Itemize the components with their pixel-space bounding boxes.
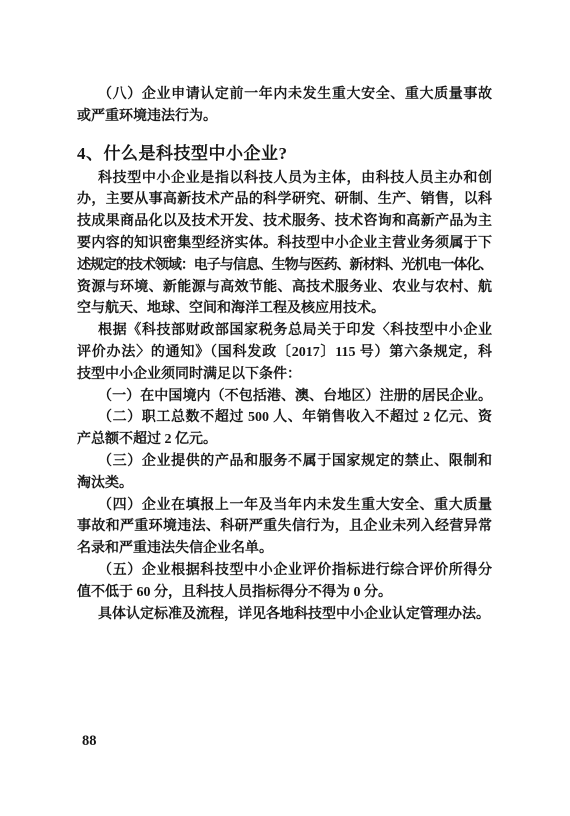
text-line: 科技型中小企业是指以科技人员为主体，由科技人员主办和创 [77,168,492,190]
text-line: （一）在中国境内（不包括港、澳、台地区）注册的居民企业。 [77,386,492,408]
text-line: （五）企业根据科技型中小企业评价指标进行综合评价所得分 [77,560,492,582]
text-line: 空与航天、地球、空间和海洋工程及核应用技术。 [77,298,492,320]
para-condition-4: （四）企业在填报上一年及当年内未发生重大安全、重大质量事故和严重环境违法、科研严… [77,495,492,560]
page-number: 88 [82,733,97,749]
para-definition: 科技型中小企业是指以科技人员为主体，由科技人员主办和创办，主要从事高新技术产品的… [77,168,492,321]
para-condition-3: （三）企业提供的产品和服务不属于国家规定的禁止、限制和淘汰类。 [77,451,492,495]
text-line: 名录和严重违法失信企业名单。 [77,538,492,560]
para-item-8-continuation: （八）企业申请认定前一年内未发生重大安全、重大质量事故或严重环境违法行为。 [77,84,492,128]
text-line: 要内容的知识密集型经济实体。科技型中小企业主营业务须属于下 [77,233,492,255]
text-line: 技成果商品化以及技术开发、技术服务、技术咨询和高新产品为主 [77,211,492,233]
text-line: 述规定的技术领域：电子与信息、生物与医药、新材料、光机电一体化、 [77,255,492,277]
para-closing-note: 具体认定标准及流程，详见各地科技型中小企业认定管理办法。 [77,604,492,626]
text-line: 资源与环境、新能源与高效节能、高技术服务业、农业与农村、航 [77,277,492,299]
text-line: 淘汰类。 [77,473,492,495]
text-line: 根据《科技部财政部国家税务总局关于印发〈科技型中小企业 [77,320,492,342]
text-line: 产总额不超过 2 亿元。 [77,429,492,451]
document-page: （八）企业申请认定前一年内未发生重大安全、重大质量事故或严重环境违法行为。4、什… [0,0,570,816]
text-line: 办，主要从事高新技术产品的科学研究、研制、生产、销售，以科 [77,189,492,211]
text-line: 评价办法〉的通知》（国科发政〔2017〕115 号）第六条规定，科 [77,342,492,364]
section-heading-4: 4、什么是科技型中小企业? [77,140,492,168]
text-line: 或严重环境违法行为。 [77,106,492,128]
text-line: （八）企业申请认定前一年内未发生重大安全、重大质量事故 [77,84,492,106]
text-line: （二）职工总数不超过 500 人、年销售收入不超过 2 亿元、资 [77,407,492,429]
para-condition-1: （一）在中国境内（不包括港、澳、台地区）注册的居民企业。 [77,386,492,408]
para-condition-5: （五）企业根据科技型中小企业评价指标进行综合评价所得分值不低于 60 分，且科技… [77,560,492,604]
text-line: 事故和严重环境违法、科研严重失信行为，且企业未列入经营异常 [77,516,492,538]
text-line: （四）企业在填报上一年及当年内未发生重大安全、重大质量 [77,495,492,517]
para-policy-basis: 根据《科技部财政部国家税务总局关于印发〈科技型中小企业评价办法〉的通知》（国科发… [77,320,492,385]
text-line: （三）企业提供的产品和服务不属于国家规定的禁止、限制和 [77,451,492,473]
page-content: （八）企业申请认定前一年内未发生重大安全、重大质量事故或严重环境违法行为。4、什… [77,84,492,625]
text-line: 值不低于 60 分，且科技人员指标得分不得为 0 分。 [77,582,492,604]
text-line: 技型中小企业须同时满足以下条件： [77,364,492,386]
para-condition-2: （二）职工总数不超过 500 人、年销售收入不超过 2 亿元、资产总额不超过 2… [77,407,492,451]
text-line: 具体认定标准及流程，详见各地科技型中小企业认定管理办法。 [77,604,492,626]
